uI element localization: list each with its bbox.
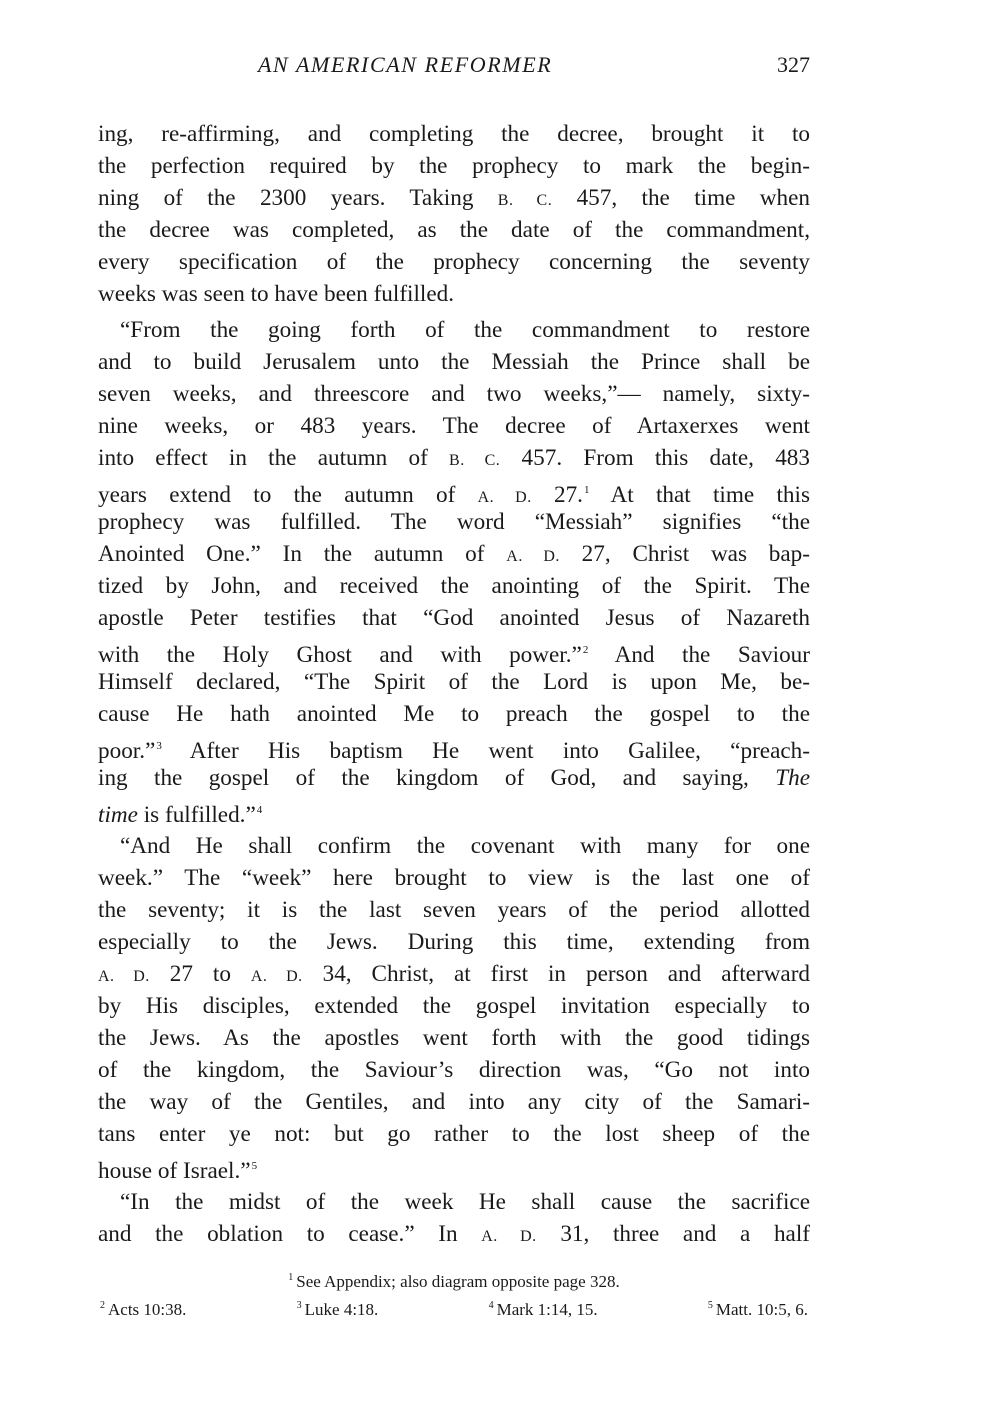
- footnote-reference: 4: [257, 804, 263, 816]
- footnote-text: See Appendix; also diagram opposite page…: [296, 1272, 619, 1291]
- footnote-5: 5Matt. 10:5, 6.: [708, 1294, 808, 1322]
- footnote-reference: 2: [583, 644, 589, 656]
- footnote-1: 1See Appendix; also diagram opposite pag…: [98, 1266, 810, 1294]
- text-line: of the kingdom, the Saviour’s direction …: [98, 1054, 810, 1086]
- italic-text: time: [98, 802, 138, 828]
- text-line: the seventy; it is the last seven years …: [98, 894, 810, 926]
- era-abbreviation: A. D.: [478, 489, 532, 506]
- paragraph: “From the going forth of the commandment…: [98, 314, 810, 826]
- text-line: tans enter ye not: but go rather to the …: [98, 1118, 810, 1150]
- footnote-reference: 5: [252, 1160, 258, 1172]
- footnote-mark: 3: [297, 1300, 302, 1311]
- text-line: the decree was completed, as the date of…: [98, 214, 810, 246]
- text-line: cause He hath anointed Me to preach the …: [98, 698, 810, 730]
- running-title: AN AMERICAN REFORMER: [258, 52, 552, 78]
- era-abbreviation: A. D.: [251, 968, 303, 985]
- text-line: with the Holy Ghost and with power.”2 An…: [98, 634, 810, 666]
- running-head: AN AMERICAN REFORMER 327: [98, 52, 810, 82]
- footnote-text: Luke 4:18.: [305, 1300, 379, 1319]
- paragraph: “In the midst of the week He shall cause…: [98, 1186, 810, 1250]
- text-line: years extend to the autumn of A. D. 27.1…: [98, 474, 810, 506]
- footnote-row: 2Acts 10:38. 3Luke 4:18. 4Mark 1:14, 15.…: [98, 1294, 810, 1322]
- paragraph: ing, re-affirming, and completing the de…: [98, 118, 810, 310]
- text-line: house of Israel.”5: [98, 1150, 810, 1182]
- text-line: apostle Peter testifies that “God anoint…: [98, 602, 810, 634]
- text-line: especially to the Jews. During this time…: [98, 926, 810, 958]
- footnote-text: Mark 1:14, 15.: [497, 1300, 598, 1319]
- footnote-mark: 5: [708, 1300, 713, 1311]
- era-abbreviation: A. D.: [481, 1228, 536, 1245]
- footnote-2: 2Acts 10:38.: [100, 1294, 186, 1322]
- text-line: the perfection required by the prophecy …: [98, 150, 810, 182]
- text-line: every specification of the prophecy conc…: [98, 246, 810, 278]
- footnote-4: 4Mark 1:14, 15.: [489, 1294, 598, 1322]
- era-abbreviation: A. D.: [506, 548, 560, 565]
- text-line: “And He shall confirm the covenant with …: [98, 830, 810, 862]
- italic-text: The: [775, 765, 810, 791]
- text-line: nine weeks, or 483 years. The decree of …: [98, 410, 810, 442]
- footnotes: 1See Appendix; also diagram opposite pag…: [98, 1266, 810, 1322]
- text-line: week.” The “week” here brought to view i…: [98, 862, 810, 894]
- era-abbreviation: B. C.: [498, 192, 552, 209]
- text-line: by His disciples, extended the gospel in…: [98, 990, 810, 1022]
- text-line: Himself declared, “The Spirit of the Lor…: [98, 666, 810, 698]
- text-line: and to build Jerusalem unto the Messiah …: [98, 346, 810, 378]
- text-line: “In the midst of the week He shall cause…: [98, 1186, 810, 1218]
- text-line: into effect in the autumn of B. C. 457. …: [98, 442, 810, 474]
- paragraph: “And He shall confirm the covenant with …: [98, 830, 810, 1182]
- footnote-mark: 4: [489, 1300, 494, 1311]
- text-line: time is fulfilled.”4: [98, 794, 810, 826]
- footnote-mark: 2: [100, 1300, 105, 1311]
- text-line: the way of the Gentiles, and into any ci…: [98, 1086, 810, 1118]
- text-line: A. D. 27 to A. D. 34, Christ, at first i…: [98, 958, 810, 990]
- text-line: weeks was seen to have been fulfilled.: [98, 278, 810, 310]
- text-line: poor.”3 After His baptism He went into G…: [98, 730, 810, 762]
- text-line: prophecy was fulfilled. The word “Messia…: [98, 506, 810, 538]
- footnote-reference: 1: [584, 484, 590, 496]
- text-line: and the oblation to cease.” In A. D. 31,…: [98, 1218, 810, 1250]
- body-text: ing, re-affirming, and completing the de…: [98, 118, 810, 1250]
- text-line: “From the going forth of the commandment…: [98, 314, 810, 346]
- text-line: ing, re-affirming, and completing the de…: [98, 118, 810, 150]
- era-abbreviation: A. D.: [98, 968, 150, 985]
- footnote-3: 3Luke 4:18.: [297, 1294, 379, 1322]
- page-number: 327: [777, 52, 810, 78]
- text-line: tized by John, and received the anointin…: [98, 570, 810, 602]
- text-line: ing the gospel of the kingdom of God, an…: [98, 762, 810, 794]
- text-line: Anointed One.” In the autumn of A. D. 27…: [98, 538, 810, 570]
- text-line: seven weeks, and threescore and two week…: [98, 378, 810, 410]
- era-abbreviation: B. C.: [449, 452, 500, 469]
- footnote-mark: 1: [288, 1272, 293, 1283]
- footnote-text: Acts 10:38.: [108, 1300, 186, 1319]
- footnote-reference: 3: [156, 740, 162, 752]
- text-line: the Jews. As the apostles went forth wit…: [98, 1022, 810, 1054]
- text-line: ning of the 2300 years. Taking B. C. 457…: [98, 182, 810, 214]
- footnote-text: Matt. 10:5, 6.: [716, 1300, 808, 1319]
